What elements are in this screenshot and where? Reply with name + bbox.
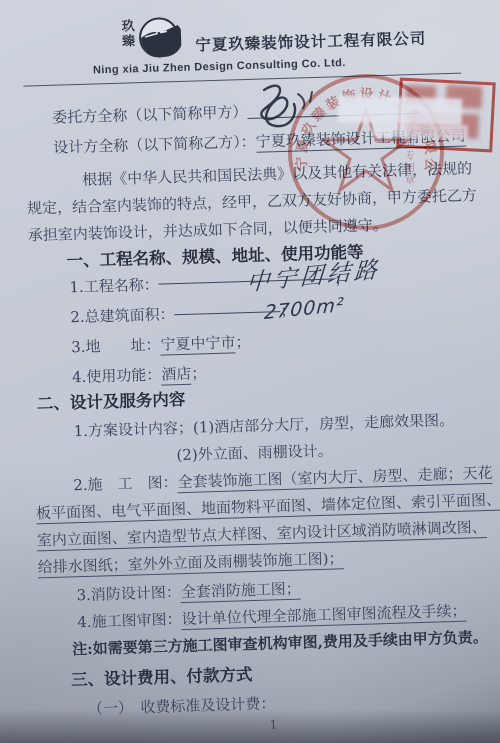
company-logo: 玖臻 bbox=[121, 16, 188, 60]
address-label: 3.地 址： bbox=[71, 336, 161, 357]
designer-value: 宁夏玖臻装饰设计工程有限公司 bbox=[255, 127, 466, 153]
semicolon: ； bbox=[191, 364, 207, 382]
client-name-blank bbox=[247, 99, 419, 119]
client-label: 委托方全称（以下简称甲方） bbox=[52, 103, 247, 127]
drawing-review-label: 4.施工图审图： bbox=[77, 610, 182, 631]
preamble: 根据《中华人民共和国民法典》以及其他有关法律，法规的 规定，结合室内装饰的特点，… bbox=[26, 156, 466, 250]
floor-area-blank: 2700m² bbox=[174, 297, 280, 315]
construction-drawing-label: 2.施 工 图： bbox=[73, 473, 178, 494]
usage-label: 4.使用功能： bbox=[72, 366, 162, 387]
usage-value: 酒店 bbox=[161, 365, 192, 386]
company-header: 玖臻 宁夏玖臻装饰设计工程有限公司 bbox=[121, 6, 460, 60]
contract-page: 玖臻 宁夏玖臻装饰设计工程有限公司 Ning xia Jiu Zhen Desi… bbox=[0, 0, 500, 743]
fire-design-label: 3.消防设计图： bbox=[76, 583, 181, 604]
designer-name-line: 设计方全称（以下简称乙方）：宁夏玖臻装饰设计工程有限公司 bbox=[25, 124, 464, 161]
great-wall-logo-icon bbox=[136, 16, 181, 59]
designer-label: 设计方全称（以下简称乙方）： bbox=[53, 133, 256, 157]
semicolon: ； bbox=[235, 333, 251, 351]
section3-title: 三、设计费用、付款方式 bbox=[41, 657, 479, 692]
project-name-label: 1.工程名称： bbox=[69, 276, 159, 297]
construction-drawing-text4: 给排水图纸；室外外立面及雨棚装饰施工图)； bbox=[37, 549, 343, 578]
header-divider bbox=[23, 73, 461, 87]
address-value: 宁夏中宁市 bbox=[160, 333, 236, 355]
contract-document-photo: 玖臻 宁夏玖臻装饰设计工程有限公司 Ning xia Jiu Zhen Desi… bbox=[0, 0, 500, 743]
floor-area-label: 2.总建筑面积： bbox=[70, 305, 175, 326]
fire-design-value: 全套消防施工图； bbox=[181, 580, 302, 604]
